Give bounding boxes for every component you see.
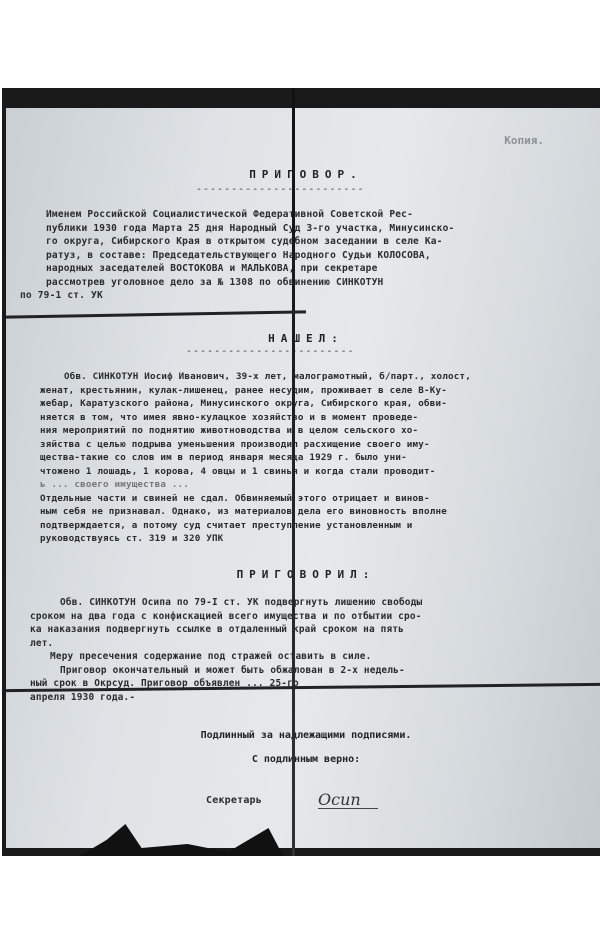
sentence-line: Приговор окончательный и может быть обжа… (60, 664, 422, 678)
found-line: жебар, Каратузского района, Минусинского… (40, 397, 471, 411)
found-line: ь ... своего имущества ... (40, 478, 471, 492)
found-line: женат, крестьянин, кулак-лишенец, ранее … (40, 384, 471, 398)
found-line: подтверждается, а потому суд считает пре… (40, 519, 471, 533)
sentence-line: лет. (30, 637, 422, 651)
sentence-line: ка наказания подвергнуть ссылке в отдале… (30, 623, 422, 637)
horizontal-fold-upper (6, 310, 306, 318)
found-line: няется в том, что имея явно-кулацкое хоз… (40, 411, 471, 425)
intro-line: ратуз, в составе: Председательствующего … (46, 249, 454, 263)
sentence-line: сроком на два года с конфискацией всего … (30, 610, 422, 624)
secretary-signature: Осип (318, 790, 361, 809)
intro-line: го округа, Сибирского Края в открытом су… (46, 235, 454, 249)
found-line: чтожено 1 лошадь, 1 корова, 4 овцы и 1 с… (40, 465, 471, 479)
intro-line: по 79-1 ст. УК (20, 289, 454, 303)
document-title: ПРИГОВОР. (6, 168, 600, 181)
found-paragraph: Обв. СИНКОТУН Иосиф Иванович, 39-х лет, … (40, 370, 471, 546)
torn-edge (66, 824, 336, 856)
found-line: ным себя не признавал. Однако, из матери… (40, 505, 471, 519)
sentence-line: Обв. СИНКОТУН Осипа по 79-I ст. УК подве… (60, 596, 422, 610)
vertical-fold (292, 88, 295, 856)
paper-sheet: Копия. ПРИГОВОР. -----------------------… (6, 108, 600, 848)
true-copy-line: С подлинным верно: (6, 754, 600, 765)
intro-line: Именем Российской Социалистической Федер… (46, 208, 454, 222)
found-heading: НАШЕЛ: (6, 332, 600, 345)
sentence-line: Меру пресечения содержание под стражей о… (50, 650, 422, 664)
found-line: зяйства с целью подрыва уменьшения произ… (40, 438, 471, 452)
title-underline: ------------------------ (196, 184, 365, 195)
found-line: руководствуясь ст. 319 и 320 УПК (40, 532, 471, 546)
sentenced-heading: ПРИГОВОРИЛ: (6, 568, 600, 581)
copy-mark: Копия. (504, 134, 544, 147)
found-line: щества-такие со слов им в период января … (40, 451, 471, 465)
sentence-line: апреля 1930 года.- (30, 691, 422, 705)
secretary-label: Секретарь (206, 794, 262, 808)
intro-line: рассмотрев уголовное дело за № 1308 по о… (46, 276, 454, 290)
found-line: Отдельные части и свиней не сдал. Обвиня… (40, 492, 471, 506)
intro-line: публики 1930 года Марта 25 дня Народный … (46, 222, 454, 236)
intro-paragraph: Именем Российской Социалистической Федер… (46, 208, 454, 303)
found-line: Обв. СИНКОТУН Иосиф Иванович, 39-х лет, … (64, 370, 471, 384)
signature-underline (318, 808, 378, 809)
document-photo: Копия. ПРИГОВОР. -----------------------… (2, 88, 600, 856)
closing-line: Подлинный за надлежащими подписями. (6, 730, 600, 741)
intro-line: народных заседателей ВОСТОКОВА и МАЛЬКОВ… (46, 262, 454, 276)
found-underline: ------------------------ (186, 346, 355, 357)
found-line: ния мероприятий по поднятию животноводст… (40, 424, 471, 438)
